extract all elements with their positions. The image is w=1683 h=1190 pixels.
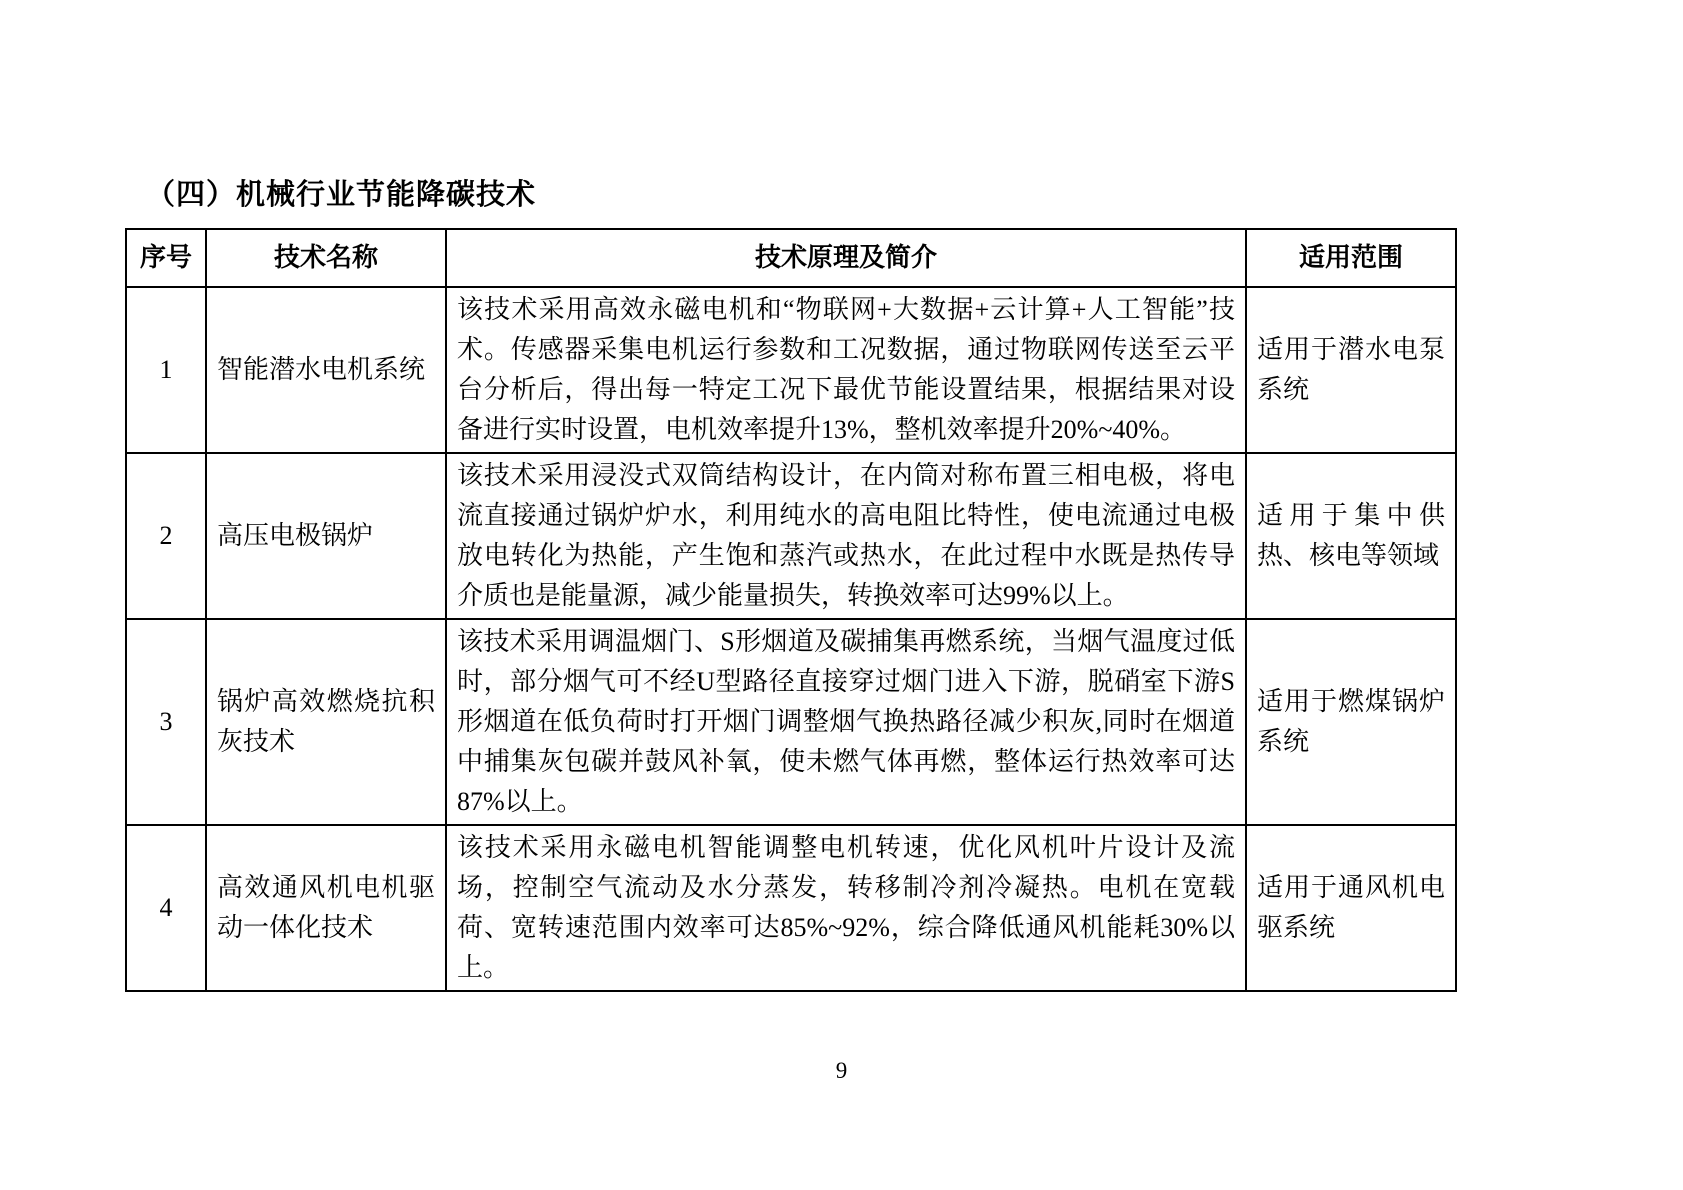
technology-scope: 适用于潜水电泵系统 <box>1246 287 1456 453</box>
technology-description: 该技术采用永磁电机智能调整电机转速，优化风机叶片设计及流场，控制空气流动及水分蒸… <box>446 825 1246 991</box>
row-index: 3 <box>126 619 206 825</box>
document-page: （四）机械行业节能降碳技术 序号 技术名称 技术原理及简介 适用范围 1 智能潜… <box>0 0 1683 1190</box>
technology-scope: 适用于通风机电驱系统 <box>1246 825 1456 991</box>
table-row: 2 高压电极锅炉 该技术采用浸没式双筒结构设计，在内筒对称布置三相电极，将电流直… <box>126 453 1456 619</box>
technology-table: 序号 技术名称 技术原理及简介 适用范围 1 智能潜水电机系统 该技术采用高效永… <box>125 228 1457 992</box>
technology-name: 锅炉高效燃烧抗积灰技术 <box>206 619 446 825</box>
technology-name: 高效通风机电机驱动一体化技术 <box>206 825 446 991</box>
section-title: （四）机械行业节能降碳技术 <box>146 172 536 213</box>
technology-name: 智能潜水电机系统 <box>206 287 446 453</box>
table-row: 4 高效通风机电机驱动一体化技术 该技术采用永磁电机智能调整电机转速，优化风机叶… <box>126 825 1456 991</box>
technology-scope: 适用于燃煤锅炉系统 <box>1246 619 1456 825</box>
technology-name: 高压电极锅炉 <box>206 453 446 619</box>
page-number: 9 <box>0 1058 1683 1084</box>
technology-description: 该技术采用浸没式双筒结构设计，在内筒对称布置三相电极，将电流直接通过锅炉炉水，利… <box>446 453 1246 619</box>
technology-scope: 适用于集中供热、核电等领域 <box>1246 453 1456 619</box>
header-name: 技术名称 <box>206 229 446 287</box>
technology-description: 该技术采用高效永磁电机和“物联网+大数据+云计算+人工智能”技术。传感器采集电机… <box>446 287 1246 453</box>
row-index: 1 <box>126 287 206 453</box>
row-index: 4 <box>126 825 206 991</box>
header-scope: 适用范围 <box>1246 229 1456 287</box>
header-description: 技术原理及简介 <box>446 229 1246 287</box>
table-header-row: 序号 技术名称 技术原理及简介 适用范围 <box>126 229 1456 287</box>
table-row: 3 锅炉高效燃烧抗积灰技术 该技术采用调温烟门、S形烟道及碳捕集再燃系统，当烟气… <box>126 619 1456 825</box>
row-index: 2 <box>126 453 206 619</box>
technology-description: 该技术采用调温烟门、S形烟道及碳捕集再燃系统，当烟气温度过低时，部分烟气可不经U… <box>446 619 1246 825</box>
header-index: 序号 <box>126 229 206 287</box>
table-row: 1 智能潜水电机系统 该技术采用高效永磁电机和“物联网+大数据+云计算+人工智能… <box>126 287 1456 453</box>
